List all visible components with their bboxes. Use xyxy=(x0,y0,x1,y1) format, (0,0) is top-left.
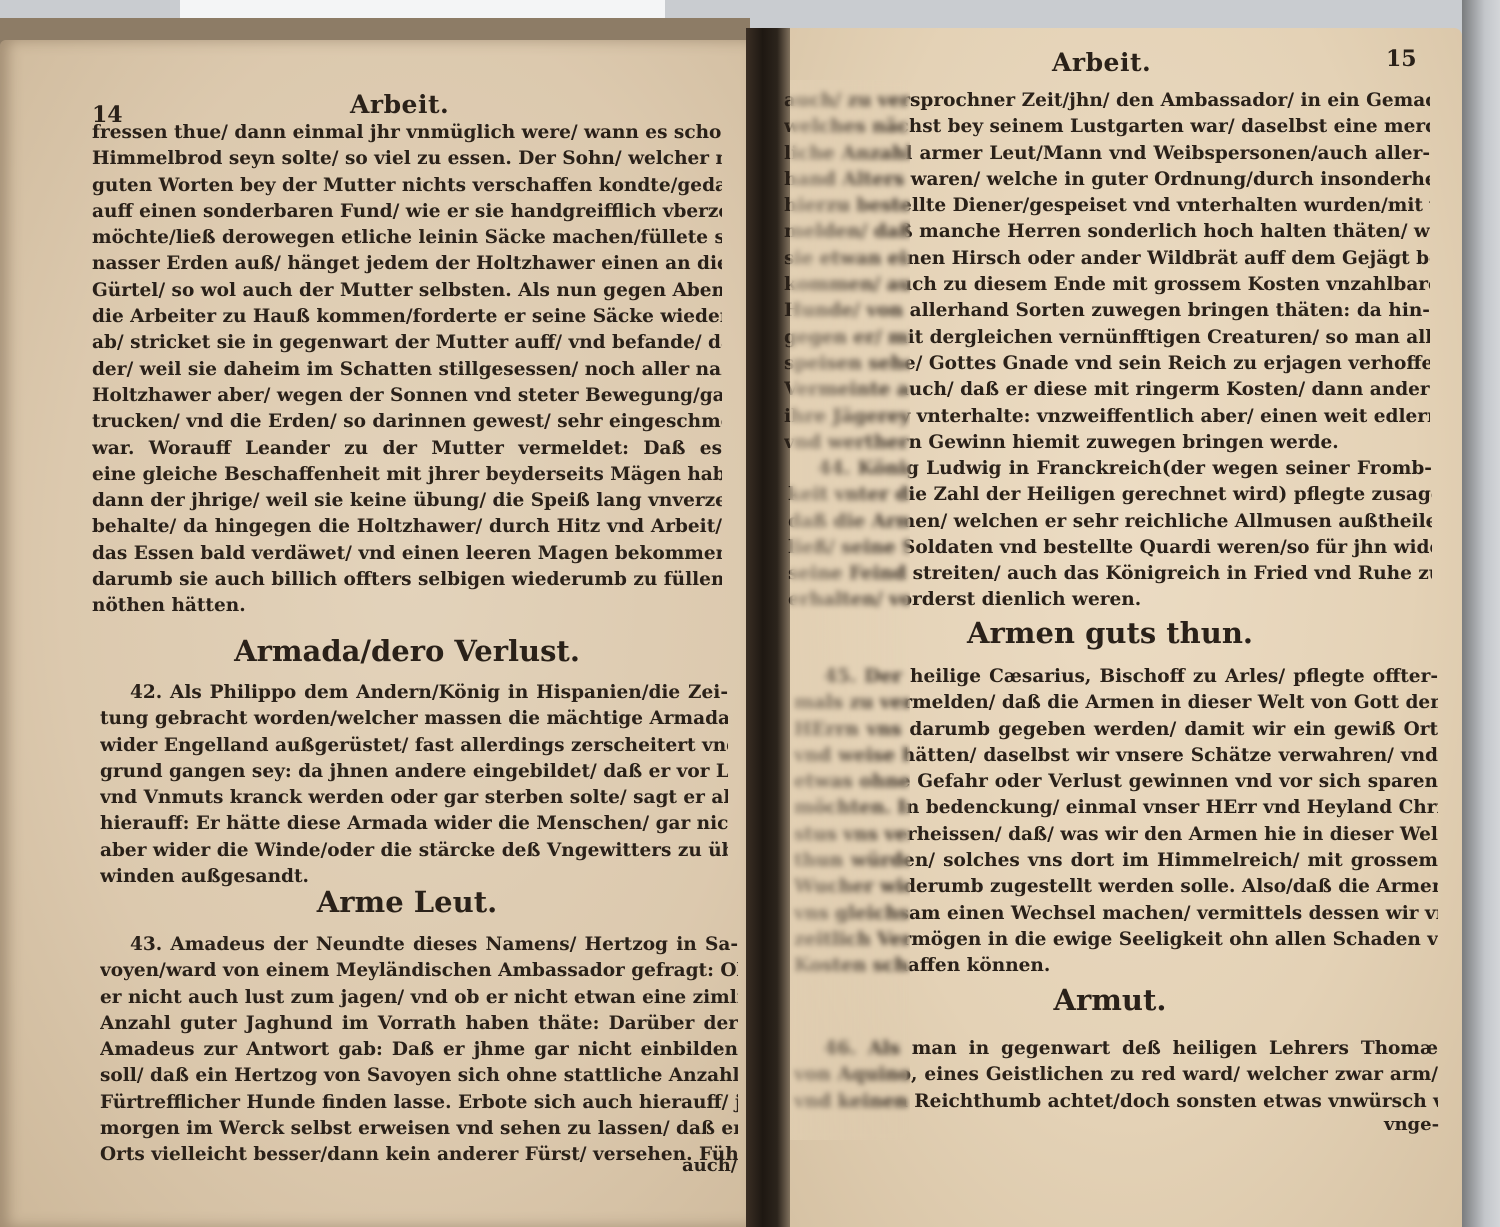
catchword-right: vnge- xyxy=(1384,1114,1439,1135)
scan-right-edge xyxy=(1462,0,1500,1227)
text-line: aber wider die Winde/oder die stärcke de… xyxy=(100,838,728,864)
text-line: soll/ daß ein Hertzog von Savoyen sich o… xyxy=(100,1063,738,1089)
text-line: auff einen sonderbaren Fund/ wie er sie … xyxy=(92,199,722,225)
text-line: guten Worten bey der Mutter nichts versc… xyxy=(92,173,722,199)
text-line: der/ weil sie daheim im Schatten stillge… xyxy=(92,357,722,383)
text-line: möchte/ließ derowegen etliche leinin Säc… xyxy=(92,225,722,251)
text-line: tung gebracht worden/welcher massen die … xyxy=(100,706,728,732)
text-line: darumb sie auch billich offters selbigen… xyxy=(92,567,722,593)
text-line: die Arbeiter zu Hauß kommen/forderte er … xyxy=(92,304,722,330)
text-line: behalte/ da hingegen die Holtzhawer/ dur… xyxy=(92,514,722,540)
left-paragraph-continued: fressen thue/ dann einmal jhr vnmüglich … xyxy=(92,120,722,620)
text-line: Orts vielleicht besser/dann kein anderer… xyxy=(100,1142,738,1168)
text-line: er nicht auch lust zum jagen/ vnd ob er … xyxy=(100,985,738,1011)
text-line: voyen/ward von einem Meyländischen Ambas… xyxy=(100,958,738,984)
text-line: Amadeus zur Antwort gab: Daß er jhme gar… xyxy=(100,1037,738,1063)
scan-blur-region xyxy=(790,80,910,1140)
running-head-right: Arbeit. xyxy=(1052,48,1151,77)
text-line: 43. Amadeus der Neundte dieses Namens/ H… xyxy=(100,932,738,958)
text-line: Gürtel/ so wol auch der Mutter selbsten.… xyxy=(92,278,722,304)
text-line: trucken/ vnd die Erden/ so darinnen gewe… xyxy=(92,409,722,435)
text-line: morgen im Werck selbst erweisen vnd sehe… xyxy=(100,1116,738,1142)
text-line: nöthen hätten. xyxy=(92,593,722,619)
text-line: 42. Als Philippo dem Andern/König in His… xyxy=(100,680,728,706)
catchword-left: auch/ xyxy=(682,1155,737,1176)
text-line: das Essen bald verdäwet/ vnd einen leere… xyxy=(92,541,722,567)
text-line: ab/ stricket sie in gegenwart der Mutter… xyxy=(92,330,722,356)
text-line: dann der jhrige/ weil sie keine übung/ d… xyxy=(92,488,722,514)
section-title-armada: Armada/dero Verlust. xyxy=(92,634,722,668)
text-line: grund gangen sey: da jhnen andere eingeb… xyxy=(100,759,728,785)
text-line: hierauff: Er hätte diese Armada wider di… xyxy=(100,811,728,837)
running-head-left: Arbeit. xyxy=(350,90,449,119)
text-line: war. Worauff Leander zu der Mutter verme… xyxy=(92,436,722,462)
text-line: Anzahl guter Jaghund im Vorrath haben th… xyxy=(100,1011,738,1037)
text-line: nasser Erden auß/ hänget jedem der Holtz… xyxy=(92,251,722,277)
section-title-arme-leut: Arme Leut. xyxy=(92,885,722,919)
text-line: wider Engelland außgerüstet/ fast allerd… xyxy=(100,733,728,759)
text-line: Holtzhawer aber/ wegen der Sonnen vnd st… xyxy=(92,383,722,409)
text-line: Fürtrefflicher Hunde finden lasse. Erbot… xyxy=(100,1090,738,1116)
text-line: eine gleiche Beschaffenheit mit jhrer be… xyxy=(92,462,722,488)
text-line: fressen thue/ dann einmal jhr vnmüglich … xyxy=(92,120,722,146)
page-number-right: 15 xyxy=(1386,46,1417,72)
text-line: vnd Vnmuts kranck werden oder gar sterbe… xyxy=(100,785,728,811)
entry-43: 43. Amadeus der Neundte dieses Namens/ H… xyxy=(100,932,738,1169)
entry-42: 42. Als Philippo dem Andern/König in His… xyxy=(100,680,728,890)
left-page: 14 Arbeit. fressen thue/ dann einmal jhr… xyxy=(0,40,748,1227)
text-line: Himmelbrod seyn solte/ so viel zu essen.… xyxy=(92,146,722,172)
